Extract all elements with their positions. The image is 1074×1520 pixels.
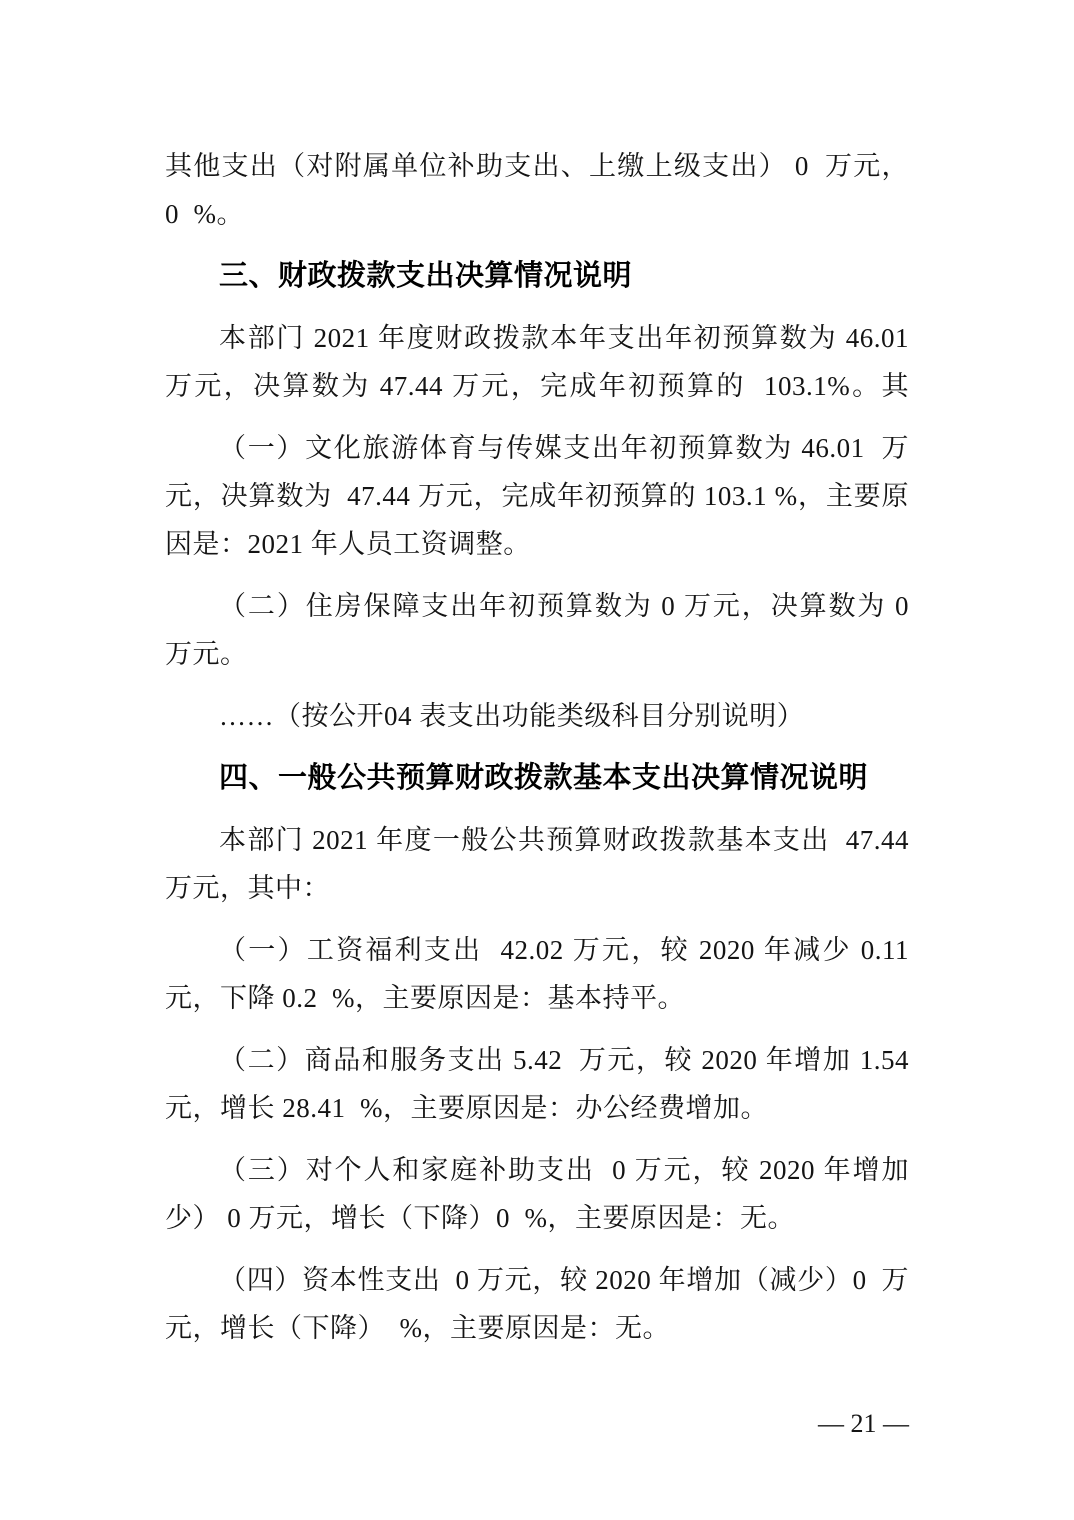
text-line: 本部门 2021 年度财政拨款本年支出年初预算数为 46.01	[165, 314, 909, 362]
text-line: （二）商品和服务支出 5.42 万元，较 2020 年增加 1.54 万	[165, 1036, 909, 1084]
text-line: 0 %。	[165, 190, 909, 238]
paragraph-individual-family-subsidy: （三）对个人和家庭补助支出 0 万元，较 2020 年增加（减 少） 0 万元，…	[165, 1146, 909, 1242]
text-line: （四）资本性支出 0 万元，较 2020 年增加（减少）0 万	[165, 1256, 909, 1304]
text-line: （三）对个人和家庭补助支出 0 万元，较 2020 年增加（减	[165, 1146, 909, 1194]
text-line: ……（按公开04 表支出功能类级科目分别说明）	[165, 692, 909, 740]
heading-line: 四、一般公共预算财政拨款基本支出决算情况说明	[165, 754, 909, 802]
paragraph-capital-expenditure: （四）资本性支出 0 万元，较 2020 年增加（减少）0 万 元，增长（下降）…	[165, 1256, 909, 1352]
document-page: 其他支出（对附属单位补助支出、上缴上级支出） 0 万元，占 0 %。 三、财政拨…	[0, 0, 1074, 1520]
text-line: 元，决算数为 47.44 万元，完成年初预算的 103.1 %，主要原	[165, 472, 909, 520]
text-line: 万元，其中：	[165, 864, 909, 912]
text-line: 其他支出（对附属单位补助支出、上缴上级支出） 0 万元，占	[165, 142, 909, 190]
text-line: 元，增长 28.41 %，主要原因是：办公经费增加。	[165, 1084, 909, 1132]
text-line: 万元，决算数为 47.44 万元，完成年初预算的 103.1%。其中：	[165, 362, 909, 410]
paragraph-salary-welfare-expenditure: （一）工资福利支出 42.02 万元，较 2020 年减少 0.11 万 元，下…	[165, 926, 909, 1022]
paragraph-fiscal-appropriation-summary: 本部门 2021 年度财政拨款本年支出年初预算数为 46.01 万元，决算数为 …	[165, 314, 909, 410]
text-line: 本部门 2021 年度一般公共预算财政拨款基本支出 47.44	[165, 816, 909, 864]
paragraph-goods-services-expenditure: （二）商品和服务支出 5.42 万元，较 2020 年增加 1.54 万 元，增…	[165, 1036, 909, 1132]
section-heading-3: 三、财政拨款支出决算情况说明	[165, 252, 909, 300]
heading-line: 三、财政拨款支出决算情况说明	[165, 252, 909, 300]
text-line: （二）住房保障支出年初预算数为 0 万元，决算数为 0	[165, 582, 909, 630]
paragraph-culture-tourism-expenditure: （一）文化旅游体育与传媒支出年初预算数为 46.01 万 元，决算数为 47.4…	[165, 424, 909, 568]
page-number: — 21 —	[165, 1400, 909, 1448]
text-line: （一）文化旅游体育与传媒支出年初预算数为 46.01 万	[165, 424, 909, 472]
paragraph-other-expenditure: 其他支出（对附属单位补助支出、上缴上级支出） 0 万元，占 0 %。	[165, 142, 909, 238]
paragraph-housing-security-expenditure: （二）住房保障支出年初预算数为 0 万元，决算数为 0 万元。	[165, 582, 909, 678]
text-line: （一）工资福利支出 42.02 万元，较 2020 年减少 0.11 万	[165, 926, 909, 974]
paragraph-basic-expenditure-summary: 本部门 2021 年度一般公共预算财政拨款基本支出 47.44 万元，其中：	[165, 816, 909, 912]
text-line: 万元。	[165, 630, 909, 678]
section-heading-4: 四、一般公共预算财政拨款基本支出决算情况说明	[165, 754, 909, 802]
text-line: 少） 0 万元，增长（下降）0 %，主要原因是：无。	[165, 1194, 909, 1242]
text-line: 元，增长（下降） %，主要原因是：无。	[165, 1304, 909, 1352]
text-line: 元，下降 0.2 %，主要原因是：基本持平。	[165, 974, 909, 1022]
text-line: 因是：2021 年人员工资调整。	[165, 520, 909, 568]
paragraph-note-table04: ……（按公开04 表支出功能类级科目分别说明）	[165, 692, 909, 740]
